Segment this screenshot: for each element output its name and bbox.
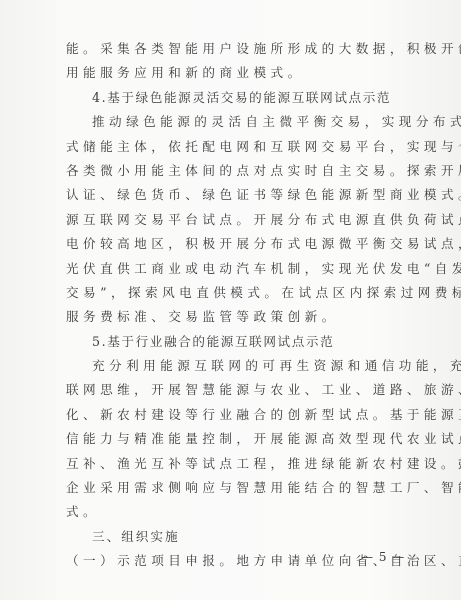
- paragraph-line: 光伏直供工商业或电动汽车机制，实现光伏发电“自发自用、余量: [66, 257, 408, 281]
- page-number: — 5 —: [361, 550, 405, 564]
- paragraph-line: 服务费标准、交易监管等政策创新。: [66, 305, 408, 329]
- paragraph-line: 认证、绿色货币、绿色证书等绿色能源新型商业模式。开展化石能: [66, 183, 408, 207]
- paragraph-line: 联网思维，开展智慧能源与农业、工业、道路、旅游、教育、新型城镇: [66, 378, 408, 402]
- paragraph-line: 电价较高地区，积极开展分布式电源微平衡交易试点，探索分布式: [66, 232, 408, 256]
- section-heading-3: 三、组织实施: [66, 525, 408, 549]
- subsection-heading-5: 5.基于行业融合的能源互联网试点示范: [66, 330, 408, 354]
- paragraph-line: 源互联网交易平台试点。开展分布式电源直供负荷试点，在商业: [66, 208, 408, 232]
- paragraph-line: 推动绿色能源的灵活自主微平衡交易，实现分布式能源、分布: [66, 110, 408, 134]
- subsection-heading-4: 4.基于绿色能源灵活交易的能源互联网试点示范: [66, 86, 408, 110]
- paragraph-line: 能。采集各类智能用户设施所形成的大数据，积极开创新的智慧: [66, 37, 408, 61]
- paragraph-line: 式。: [66, 500, 408, 524]
- paragraph-line: 信能力与精准能量控制，开展能源高效型现代农业试点，推动农光: [66, 427, 408, 451]
- document-body: 能。采集各类智能用户设施所形成的大数据，积极开创新的智慧 用能服务应用和新的商业…: [66, 37, 408, 574]
- paragraph-line: 互补、渔光互补等试点工程，推进绿能新农村建设。鼓励生产制造: [66, 452, 408, 476]
- paragraph-line: （一）示范项目申报。地方申请单位向省、自治区、直辖市和: [66, 549, 408, 573]
- paragraph-line: 交易”，探索风电直供模式。在试点区内探索过网费标准和辅助: [66, 281, 408, 305]
- paragraph-line: 用能服务应用和新的商业模式。: [66, 61, 408, 85]
- paragraph-line: 化、新农村建设等行业融合的创新型试点。基于能源互联网的通: [66, 403, 408, 427]
- paragraph-line: 式储能主体，依托配电网和互联网交易平台，实现与个人、家庭级: [66, 135, 408, 159]
- paragraph-line: 充分利用能源互联网的可再生资源和通信功能，充分借鉴互: [66, 354, 408, 378]
- paragraph-line: 企业采用需求侧响应与智慧用能结合的智慧工厂、智能制造新模: [66, 476, 408, 500]
- paragraph-line: 各类微小用能主体间的点对点实时自主交易。探索开展绿色能源: [66, 159, 408, 183]
- document-page: 能。采集各类智能用户设施所形成的大数据，积极开创新的智慧 用能服务应用和新的商业…: [0, 0, 461, 600]
